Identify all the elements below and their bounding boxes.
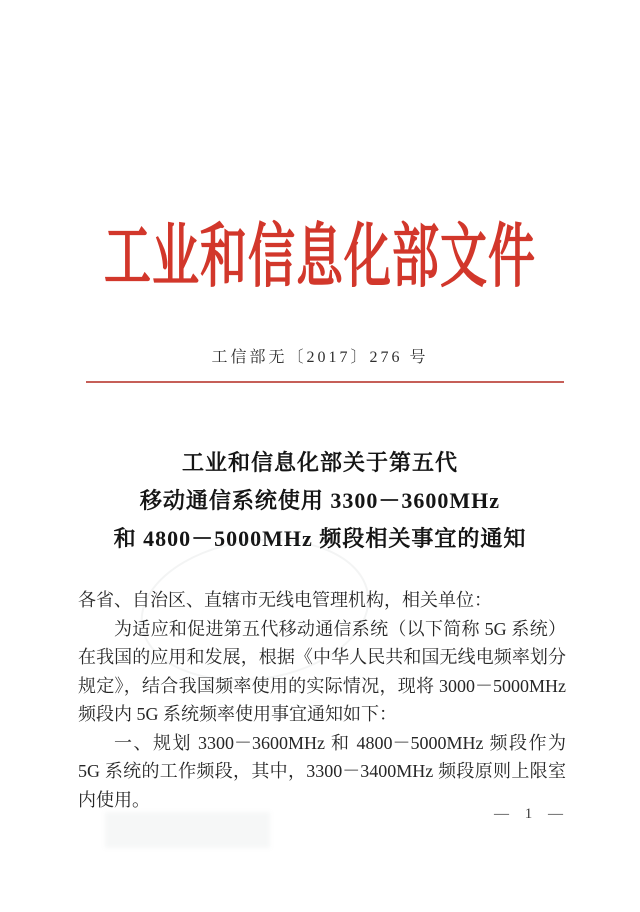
notice-title-line-1: 工业和信息化部关于第五代	[0, 444, 640, 482]
document-header-title: 工业和信息化部文件	[0, 224, 640, 294]
document-page: 工业和信息化部文件 工信部无〔2017〕276 号 工业和信息化部关于第五代 移…	[0, 0, 640, 912]
body-paragraph-1: 为适应和促进第五代移动通信系统（以下简称 5G 系统）在我国的应用和发展，根据《…	[78, 615, 566, 729]
document-number: 工信部无〔2017〕276 号	[0, 344, 640, 367]
document-body: 各省、自治区、直辖市无线电管理机构，相关单位： 为适应和促进第五代移动通信系统（…	[78, 586, 566, 814]
scan-smudge-artifact	[105, 812, 270, 848]
notice-title: 工业和信息化部关于第五代 移动通信系统使用 3300－3600MHz 和 480…	[0, 444, 640, 558]
page-number: — 1 —	[494, 806, 566, 823]
salutation-line: 各省、自治区、直辖市无线电管理机构，相关单位：	[78, 586, 566, 615]
body-paragraph-2: 一、规划 3300－3600MHz 和 4800－5000MHz 频段作为 5G…	[78, 729, 566, 815]
red-divider-line	[86, 381, 564, 383]
notice-title-line-2: 移动通信系统使用 3300－3600MHz	[0, 482, 640, 520]
